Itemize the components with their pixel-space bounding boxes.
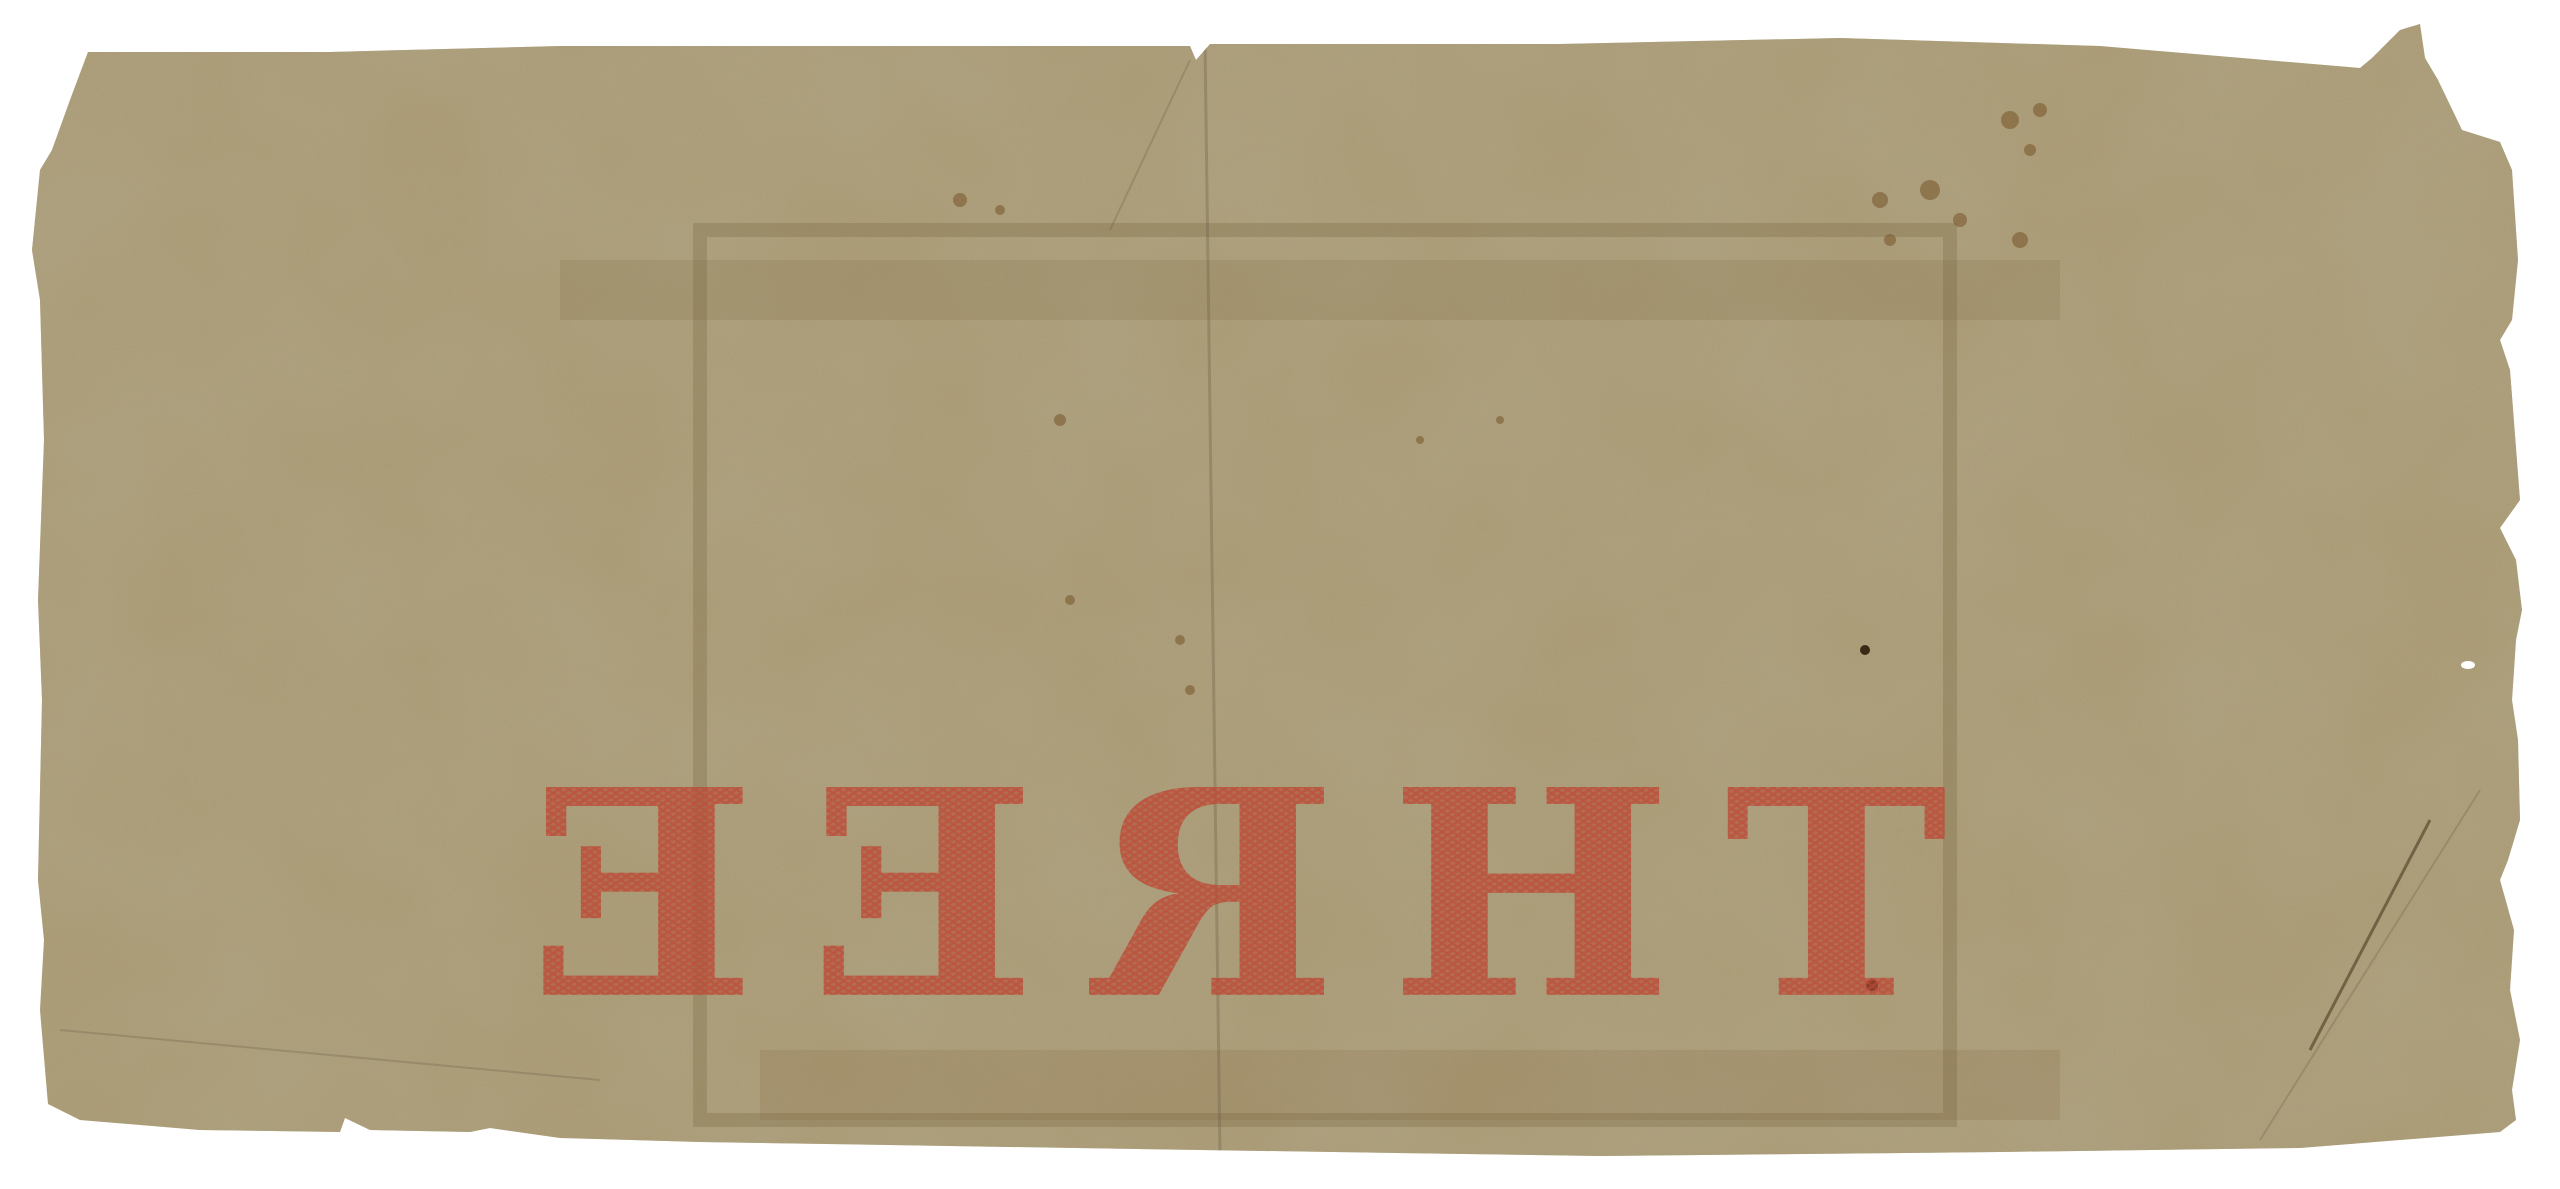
banknote-paper <box>0 0 2560 1189</box>
banknote-photo: T H R E E <box>0 0 2560 1189</box>
